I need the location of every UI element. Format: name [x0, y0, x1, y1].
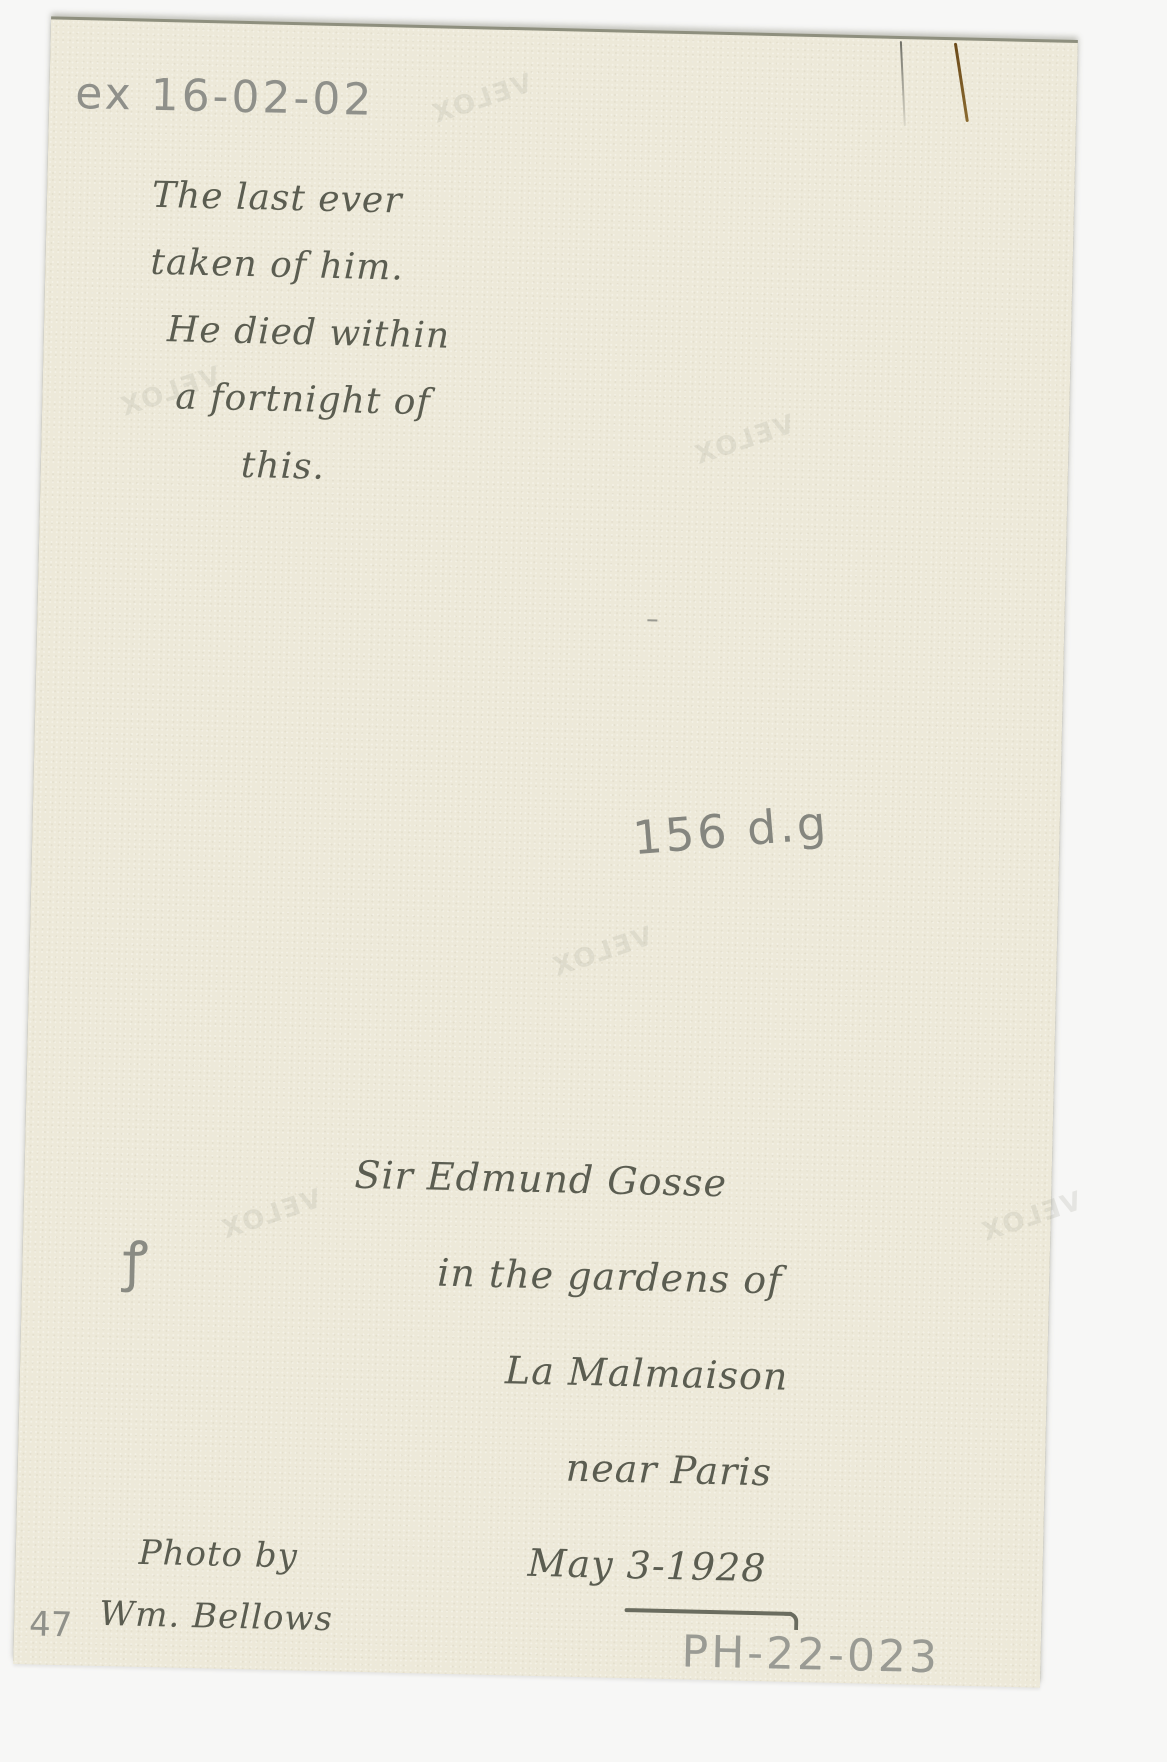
inscription-line: this. — [240, 432, 448, 504]
velox-watermark: VELOX — [217, 1184, 326, 1246]
inscription: The last ever taken of him. He died with… — [145, 162, 454, 504]
initial-mark: ꝭ — [122, 1221, 152, 1296]
reference-number: PH-22-023 — [681, 1626, 940, 1683]
caption-date: May 3-1928 — [527, 1515, 786, 1617]
caption-city: near Paris — [565, 1420, 788, 1521]
inscription-line: taken of him. — [150, 229, 453, 303]
caption-place: La Malmaison — [504, 1322, 790, 1425]
velox-watermark: VELOX — [548, 921, 657, 983]
accession-note: ex 16-02-02 — [75, 68, 375, 126]
inscription-line: He died within — [166, 296, 451, 370]
credit-photographer: Wm. Bellows — [99, 1583, 334, 1650]
rust-streak — [954, 43, 969, 123]
catalog-mark: 156 d.g — [631, 795, 831, 865]
velox-watermark: VELOX — [690, 409, 799, 471]
pencil-dash — [647, 619, 657, 621]
caption: Sir Edmund Gosse in the gardens of La Ma… — [345, 1127, 794, 1617]
page-number: 47 — [29, 1604, 73, 1645]
credit-label: Photo by — [138, 1522, 335, 1588]
velox-watermark: VELOX — [427, 68, 536, 130]
caption-location: in the gardens of — [436, 1225, 792, 1329]
velox-watermark: VELOX — [977, 1186, 1086, 1248]
photo-card-back: VELOX VELOX VELOX VELOX VELOX VELOX ex 1… — [13, 19, 1078, 1687]
caption-subject: Sir Edmund Gosse — [353, 1127, 793, 1233]
gray-streak — [900, 41, 906, 126]
photo-credit: Photo by Wm. Bellows — [99, 1521, 335, 1650]
inscription-line: a fortnight of — [175, 363, 450, 436]
inscription-line: The last ever — [151, 162, 454, 236]
